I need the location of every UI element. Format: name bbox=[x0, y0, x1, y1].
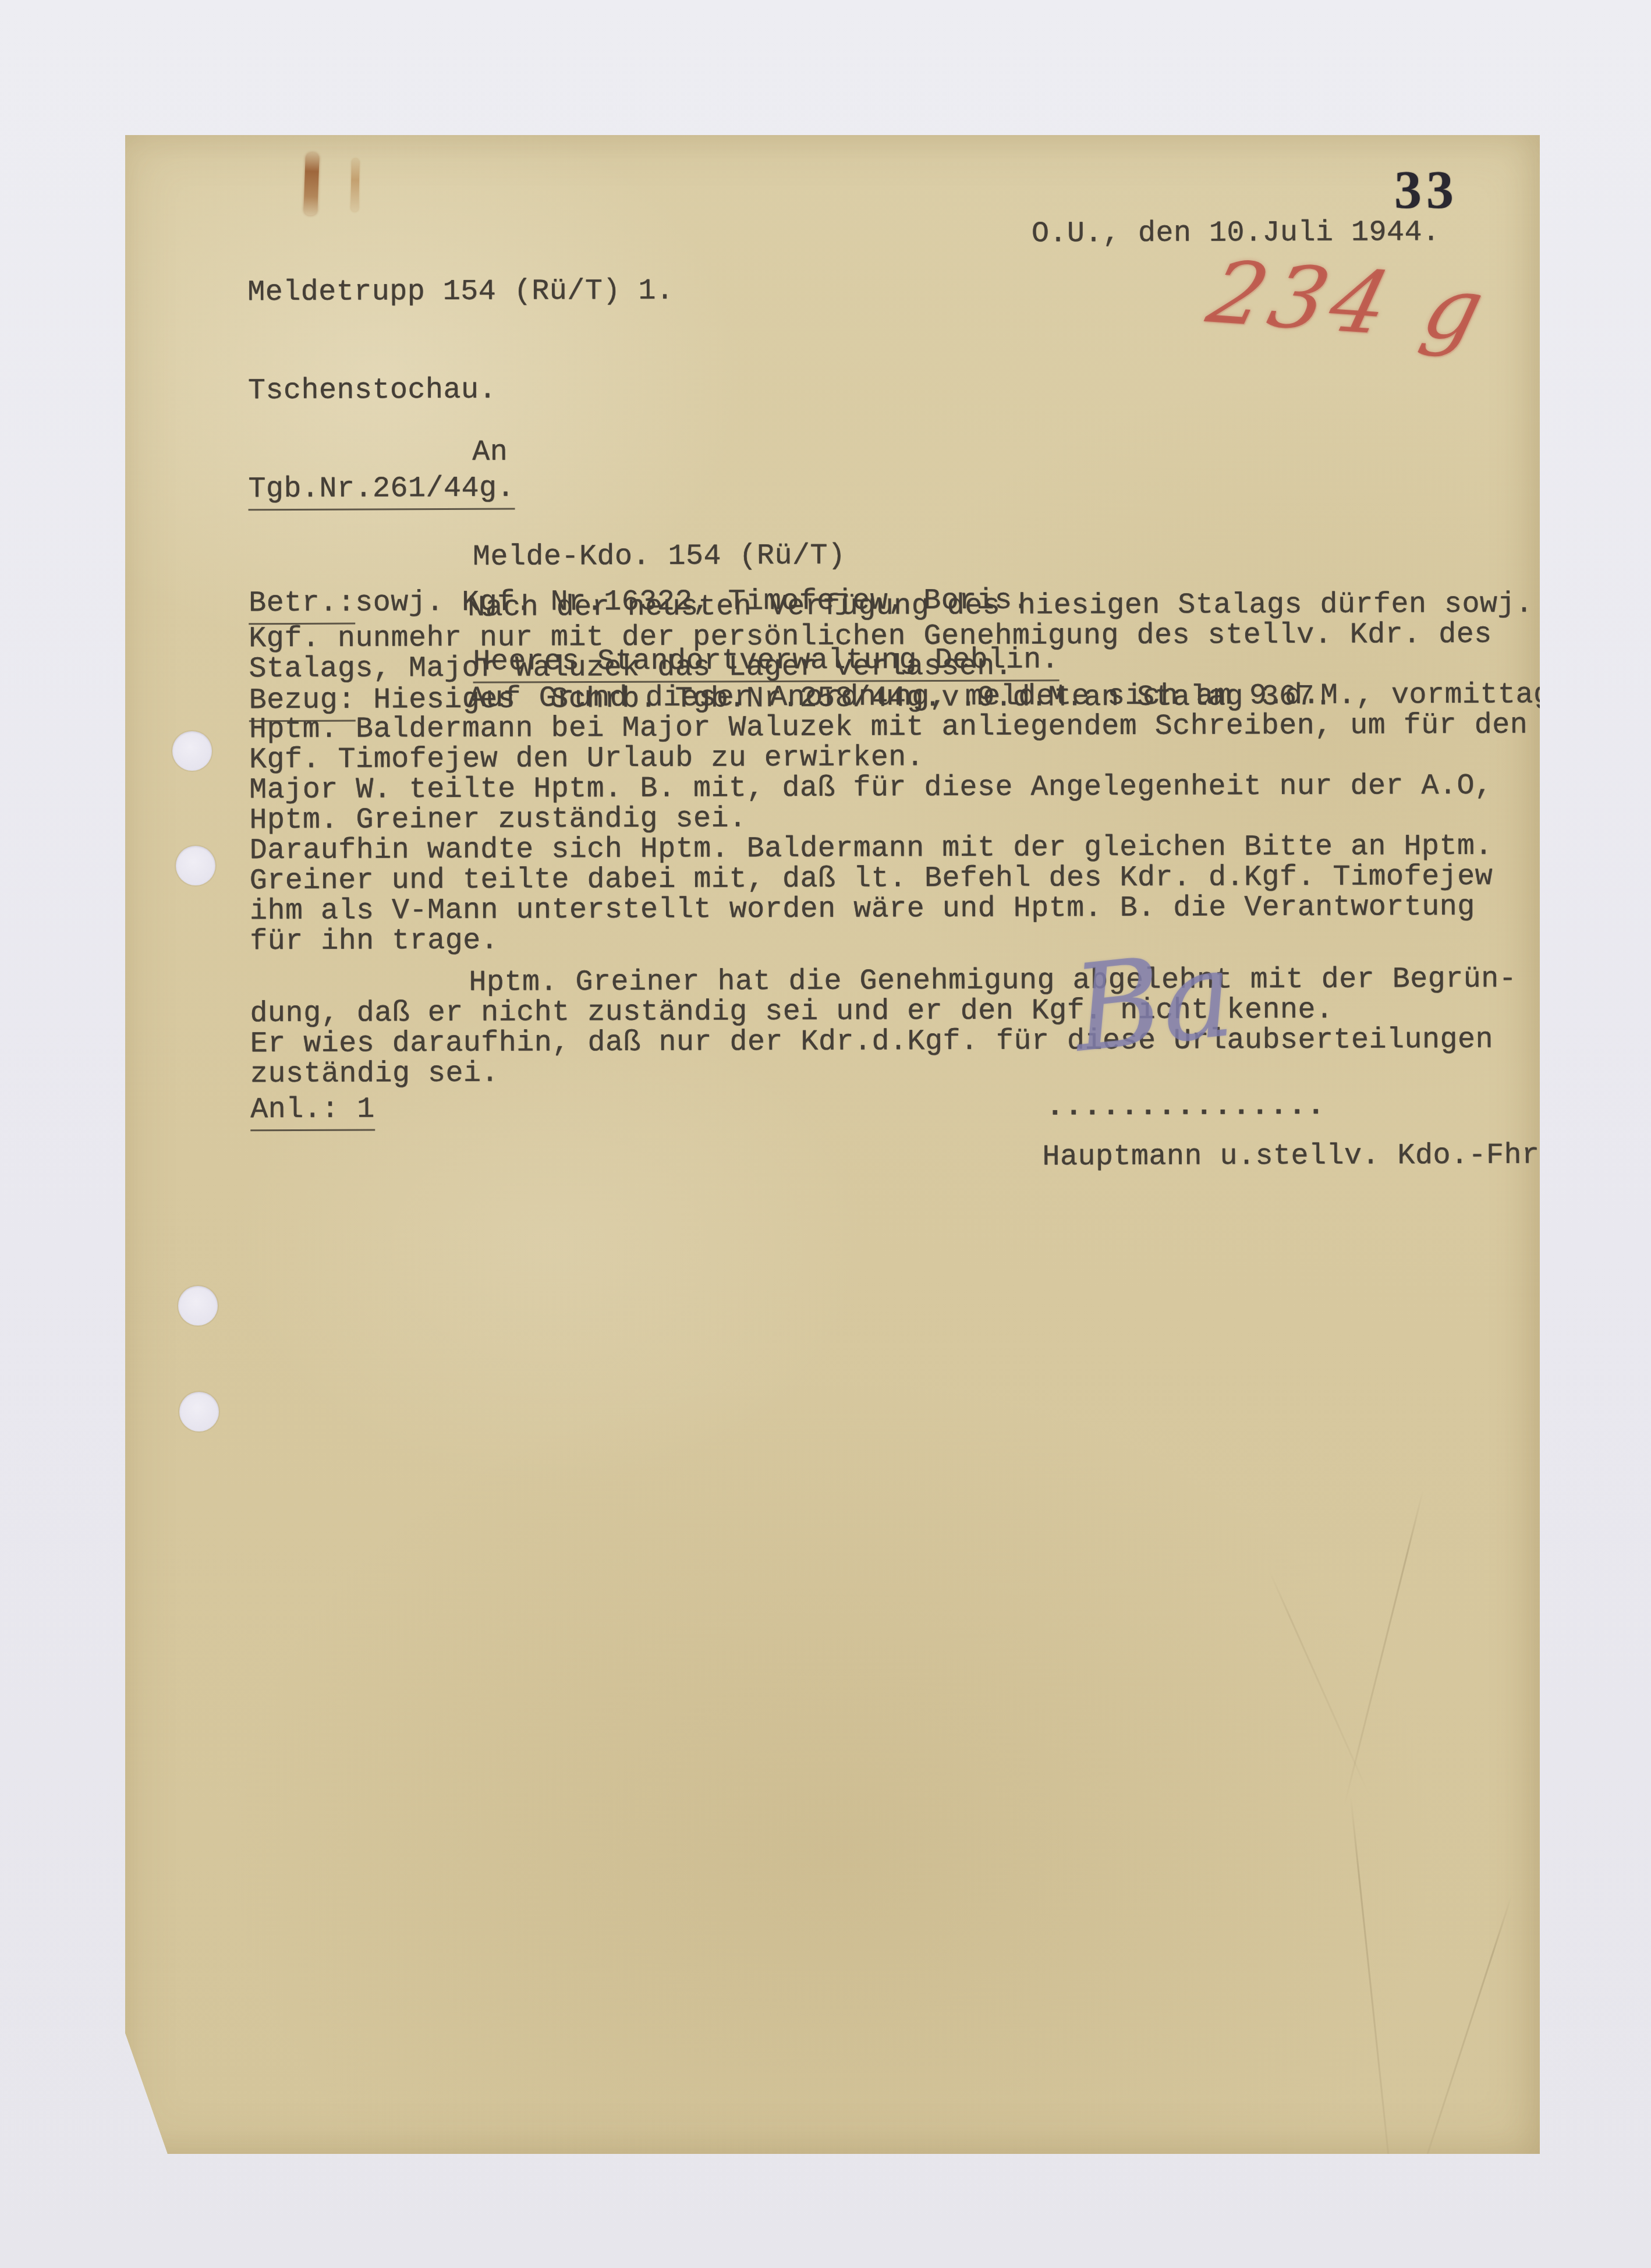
body-line: Er wies daraufhin, daß nur der Kdr.d.Kgf… bbox=[250, 1025, 1553, 1059]
body-line: Kgf. nunmehr nur mit der persönlichen Ge… bbox=[249, 619, 1551, 654]
body-line: für ihn trage. bbox=[250, 922, 1552, 957]
recipient-intro: An bbox=[472, 434, 1058, 474]
sender-unit-line: Meldetrupp 154 (Rü/T) 1. bbox=[247, 275, 674, 309]
dateline: O.U., den 10.Juli 1944. bbox=[1032, 216, 1440, 250]
scan-background: 33 234 g Ba Meldetrupp 154 (Rü/T) 1. Tsc… bbox=[0, 0, 1651, 2268]
body-line: Hptm. Greiner hat die Genehmigung abgele… bbox=[250, 964, 1552, 999]
enclosure-note: Anl.: 1 bbox=[250, 1093, 375, 1126]
body-paragraphs: Nach der neusten Verfügung des hiesigen … bbox=[249, 589, 1553, 1090]
body-line: ihm als V-Mann unterstellt worden wäre u… bbox=[250, 892, 1552, 927]
typewritten-layer: Meldetrupp 154 (Rü/T) 1. Tschenstochau. … bbox=[125, 130, 1546, 2154]
body-line: Major W. teilte Hptm. B. mit, daß für di… bbox=[249, 771, 1551, 806]
body-line: zuständig sei. bbox=[250, 1055, 1553, 1090]
body-line: Hptm. Baldermann bei Major Waluzek mit a… bbox=[249, 710, 1551, 745]
signature-dotted-line: ............... bbox=[1046, 1090, 1326, 1124]
signer-title: Hauptmann u.stellv. Kdo.-Fhr bbox=[1042, 1139, 1539, 1174]
signature-initials-handwritten: Ba bbox=[1067, 924, 1239, 1079]
document-paper-sheet: 33 234 g Ba Meldetrupp 154 (Rü/T) 1. Tsc… bbox=[125, 135, 1540, 2154]
